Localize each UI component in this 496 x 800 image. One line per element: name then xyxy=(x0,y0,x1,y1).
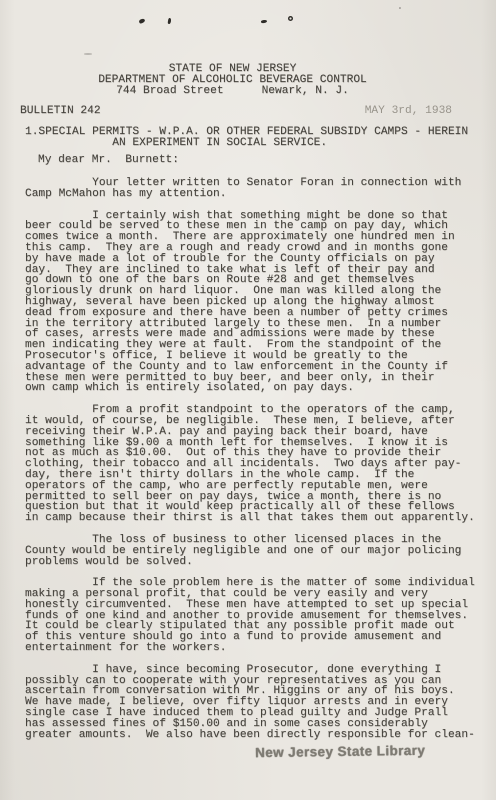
letterhead-street-address: 744 Broad Street xyxy=(116,86,223,97)
ink-speck xyxy=(288,16,293,21)
letterhead-department: DEPARTMENT OF ALCOHOLIC BEVERAGE CONTROL xyxy=(25,75,440,86)
bulletin-date: MAY 3rd, 1938 xyxy=(365,106,452,117)
bulletin-date-row: BULLETIN 242 MAY 3rd, 1938 xyxy=(20,106,452,117)
bulletin-number: BULLETIN 242 xyxy=(20,106,101,117)
letter-body: Your letter written to Senator Foran in … xyxy=(25,178,475,751)
scanned-letter-page: STATE OF NEW JERSEY DEPARTMENT OF ALCOHO… xyxy=(0,0,496,800)
letterhead: STATE OF NEW JERSEY DEPARTMENT OF ALCOHO… xyxy=(25,64,440,96)
ink-speck xyxy=(84,53,92,55)
paragraph: I have, since becoming Prosecutor, done … xyxy=(25,665,475,741)
ink-speck xyxy=(399,7,401,9)
paragraph: I certainly wish that something might be… xyxy=(25,211,475,395)
ink-speck xyxy=(261,20,267,24)
ink-speck xyxy=(168,18,172,24)
paragraph: If the sole problem here is the matter o… xyxy=(25,578,475,654)
letterhead-city: Newark, N. J. xyxy=(262,86,349,97)
paragraph: From a profit standpoint to the operator… xyxy=(25,405,475,524)
ink-speck xyxy=(138,18,145,24)
library-stamp: New Jersey State Library xyxy=(255,743,425,760)
paragraph: The loss of business to other licensed p… xyxy=(25,535,475,567)
salutation: My dear Mr. Burnett: xyxy=(38,155,179,166)
subject-heading: 1.SPECIAL PERMITS - W.P.A. OR OTHER FEDE… xyxy=(25,127,468,149)
paragraph: Your letter written to Senator Foran in … xyxy=(25,178,475,200)
